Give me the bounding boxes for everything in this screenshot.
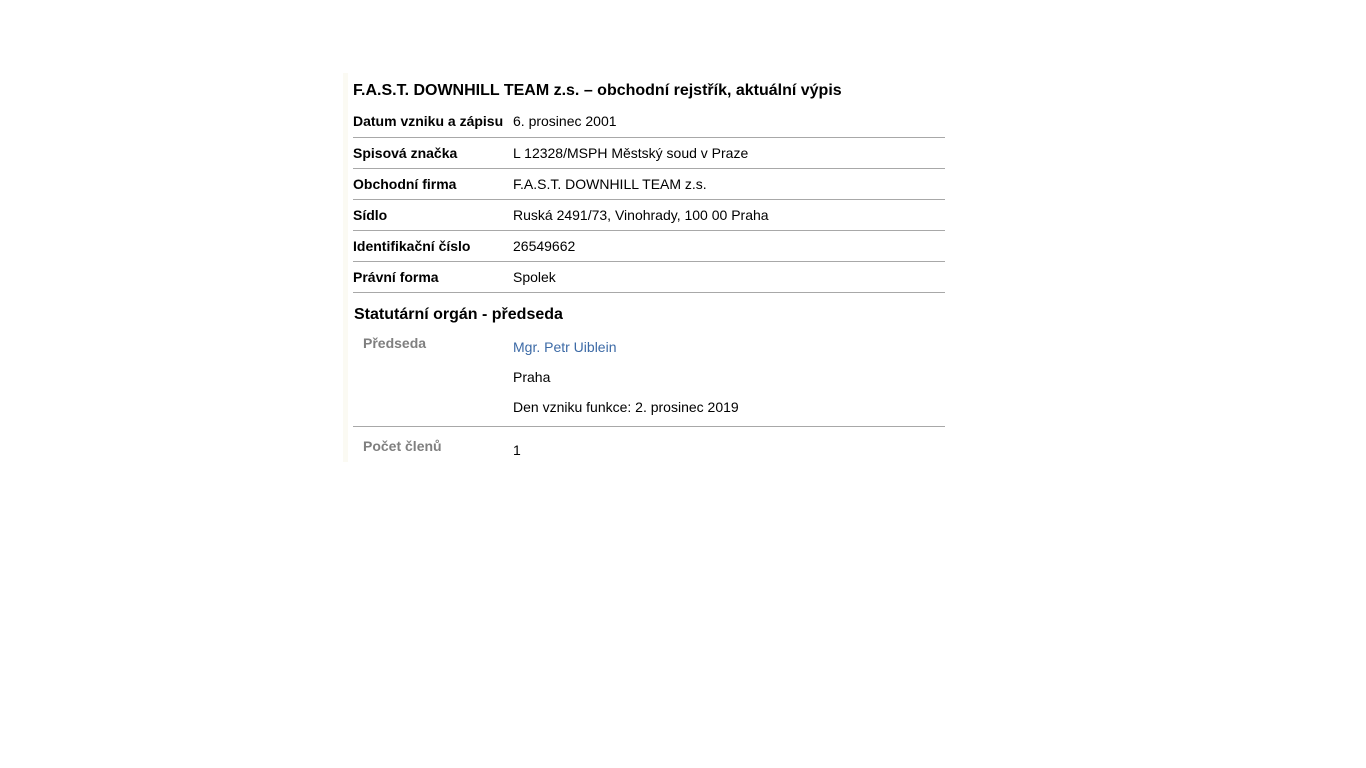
row-address: Sídlo Ruská 2491/73, Vinohrady, 100 00 P…: [353, 200, 945, 231]
row-value: L 12328/MSPH Městský soud v Praze: [513, 145, 945, 161]
row-label: Sídlo: [353, 207, 513, 223]
left-accent-strip: [343, 73, 348, 462]
row-label: Datum vzniku a zápisu: [353, 113, 513, 129]
chair-since: Den vzniku funkce: 2. prosinec 2019: [513, 395, 945, 425]
chair-city: Praha: [513, 365, 945, 395]
row-label: Spisová značka: [353, 145, 513, 161]
member-count-entry: Počet členů 1: [353, 438, 945, 468]
row-value: 26549662: [513, 238, 945, 254]
row-legal-form: Právní forma Spolek: [353, 262, 945, 293]
row-label: Identifikační číslo: [353, 238, 513, 254]
row-file-number: Spisová značka L 12328/MSPH Městský soud…: [353, 138, 945, 169]
row-founded: Datum vzniku a zápisu 6. prosinec 2001: [353, 104, 945, 138]
row-label: Právní forma: [353, 269, 513, 285]
statutory-heading: Statutární orgán - předseda: [353, 293, 945, 335]
chair-label: Předseda: [353, 335, 513, 425]
row-value: F.A.S.T. DOWNHILL TEAM z.s.: [513, 176, 945, 192]
chair-name-link[interactable]: Mgr. Petr Uiblein: [513, 339, 616, 355]
chair-entry: Předseda Mgr. Petr Uiblein Praha Den vzn…: [353, 335, 945, 427]
company-extract: F.A.S.T. DOWNHILL TEAM z.s. – obchodní r…: [353, 80, 945, 468]
member-count-label: Počet členů: [353, 438, 513, 468]
row-value: Spolek: [513, 269, 945, 285]
row-label: Obchodní firma: [353, 176, 513, 192]
page-title: F.A.S.T. DOWNHILL TEAM z.s. – obchodní r…: [353, 80, 945, 104]
row-value: Ruská 2491/73, Vinohrady, 100 00 Praha: [513, 207, 945, 223]
row-business-name: Obchodní firma F.A.S.T. DOWNHILL TEAM z.…: [353, 169, 945, 200]
row-value: 6. prosinec 2001: [513, 113, 945, 129]
member-count-value: 1: [513, 438, 945, 468]
row-company-id: Identifikační číslo 26549662: [353, 231, 945, 262]
